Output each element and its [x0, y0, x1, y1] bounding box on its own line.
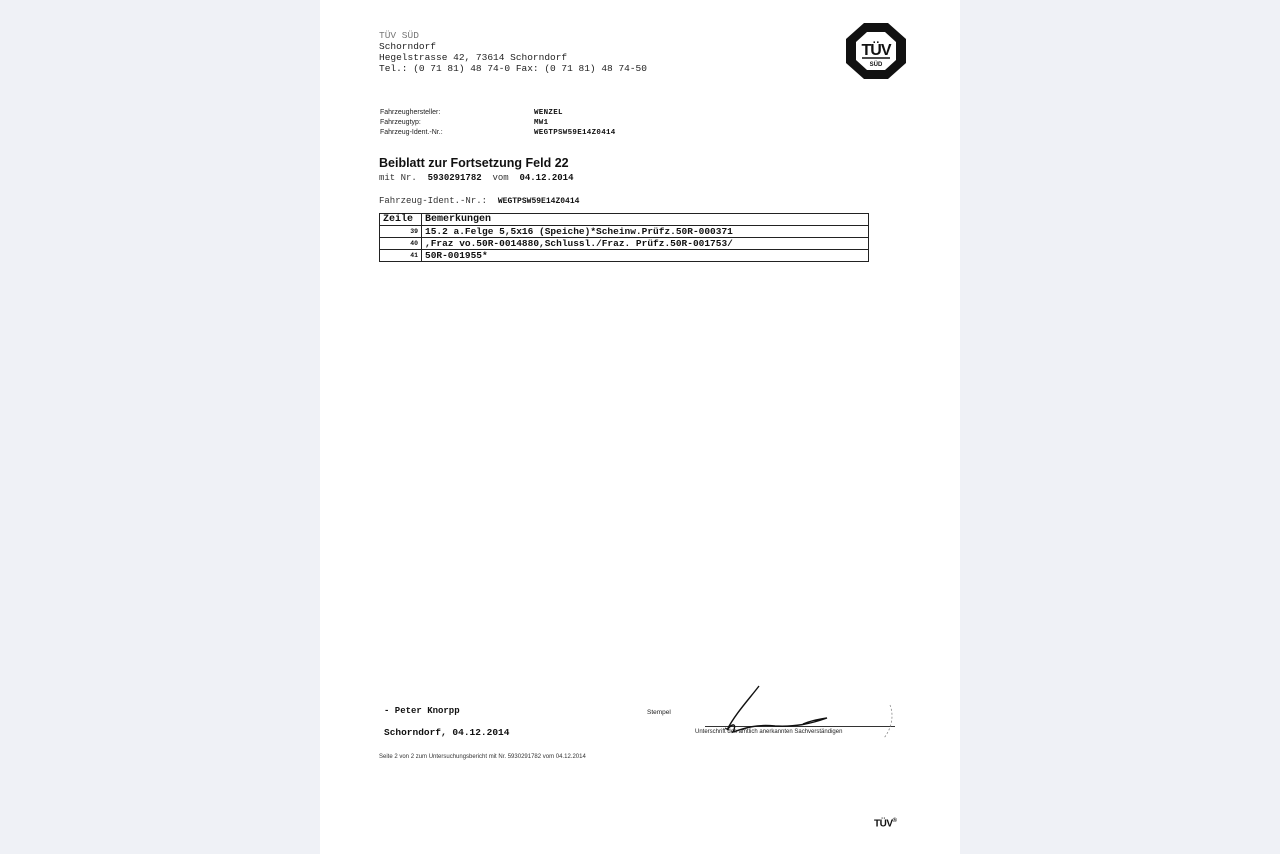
org-address: Hegelstrasse 42, 73614 Schorndorf	[379, 52, 567, 63]
vehicle-type-value: MW1	[534, 119, 548, 127]
row-line-number: 39	[380, 226, 422, 238]
registered-mark: ®	[893, 818, 897, 824]
table-row: 41 50R-001955*	[380, 250, 869, 262]
sheet-vin-value: WEGTPSW59E14Z0414	[498, 197, 580, 206]
footer-brand-text: TÜV	[874, 818, 893, 829]
handwritten-signature-icon	[715, 684, 895, 746]
sheet-reference: mit Nr. 5930291782 vom 04.12.2014	[379, 173, 573, 183]
sheet-title: Beiblatt zur Fortsetzung Feld 22	[379, 156, 569, 170]
org-name: TÜV SÜD	[379, 30, 419, 41]
svg-text:SÜD: SÜD	[870, 61, 883, 68]
place-date: Schorndorf, 04.12.2014	[384, 727, 509, 738]
tuv-sud-logo-icon: TÜV SÜD	[845, 22, 907, 80]
header-remarks: Bemerkungen	[422, 214, 869, 226]
row-remark: ,Fraz vo.50R-0014880,Schlussl./Fraz. Prü…	[422, 238, 869, 250]
page-info: Seite 2 von 2 zum Untersuchungsbericht m…	[379, 754, 586, 760]
row-remark: 50R-001955*	[422, 250, 869, 262]
table-row: 40 ,Fraz vo.50R-0014880,Schlussl./Fraz. …	[380, 238, 869, 250]
report-date: 04.12.2014	[519, 173, 573, 183]
org-contact: Tel.: (0 71 81) 48 74-0 Fax: (0 71 81) 4…	[379, 63, 647, 74]
manufacturer-label: Fahrzeughersteller:	[380, 109, 440, 116]
row-line-number: 40	[380, 238, 422, 250]
stamp-label: Stempel	[647, 709, 671, 716]
nr-prefix: mit Nr.	[379, 173, 417, 183]
vin-value: WEGTPSW59E14Z0414	[534, 129, 616, 137]
stamp-mark-icon	[880, 700, 900, 745]
row-remark: 15.2 a.Felge 5,5x16 (Speiche)*Scheinw.Pr…	[422, 226, 869, 238]
table-row: 39 15.2 a.Felge 5,5x16 (Speiche)*Scheinw…	[380, 226, 869, 238]
org-city: Schorndorf	[379, 41, 436, 52]
report-number: 5930291782	[428, 173, 482, 183]
sheet-vin: Fahrzeug-Ident.-Nr.: WEGTPSW59E14Z0414	[379, 196, 579, 206]
vin-label: Fahrzeug-Ident.-Nr.:	[380, 129, 443, 136]
table-header-row: Zeile Bemerkungen	[380, 214, 869, 226]
svg-text:TÜV: TÜV	[862, 40, 892, 59]
sheet-vin-label: Fahrzeug-Ident.-Nr.:	[379, 196, 487, 206]
row-line-number: 41	[380, 250, 422, 262]
footer-brand: TÜV®	[874, 818, 896, 829]
remarks-table: Zeile Bemerkungen 39 15.2 a.Felge 5,5x16…	[379, 213, 869, 262]
manufacturer-value: WENZEL	[534, 109, 563, 117]
inspector-name: - Peter Knorpp	[384, 706, 460, 716]
header-line: Zeile	[380, 214, 422, 226]
document-page: TÜV SÜD Schorndorf Hegelstrasse 42, 7361…	[320, 0, 960, 854]
vehicle-type-label: Fahrzeugtyp:	[380, 119, 421, 126]
date-prefix: vom	[492, 173, 508, 183]
